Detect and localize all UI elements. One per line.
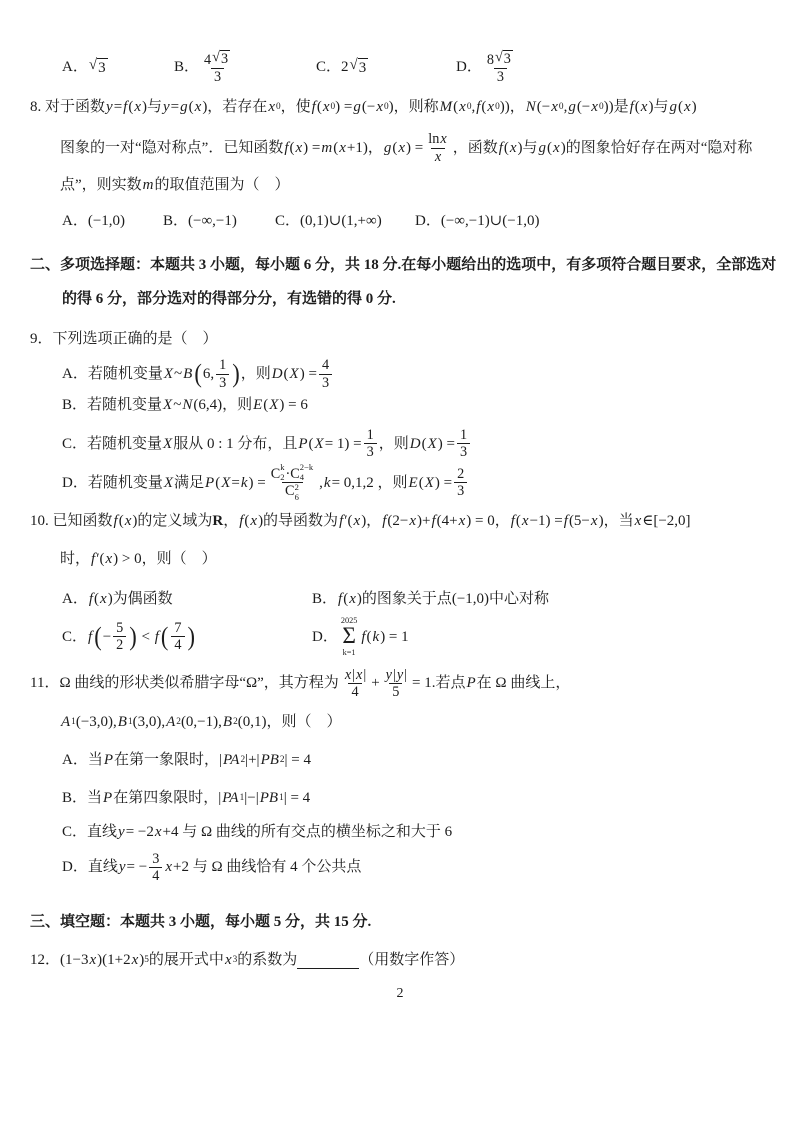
fraction: 23 <box>454 466 467 500</box>
answer-blank <box>297 952 359 970</box>
q7-option-c: C．2√3 <box>316 56 456 79</box>
question-8-line-1: 8. 对于函数y = f(x)与y = g(x)，若存在x0，使f(x0) = … <box>28 95 772 119</box>
sub-sup-stack: 26 <box>295 483 299 503</box>
question-10-options-cd: C．f(−52) < f(74) D．2025Σk=1f(k) = 1 <box>28 617 772 657</box>
fraction: Ck2·C2−k4C26 <box>268 463 317 503</box>
question-10-line-2: 时，f′(x) > 0，则（ ） <box>28 547 772 571</box>
question-10-line-1: 10. 已知函数f(x)的定义域为R，f(x)的导函数为f′(x)，f(2−x)… <box>28 509 772 533</box>
question-8-line-2: 图象的一对“隐对称点”．已知函数f(x) = m(x+1)，g(x) = lnx… <box>28 131 772 165</box>
q10-option-b: B．f(x)的图象关于点(−1,0)中心对称 <box>312 588 549 611</box>
question-11-line-2: A1(−3,0), B1(3,0), A2(0,−1), B2(0,1)，则（ … <box>28 711 772 735</box>
question-8-options-row: A．(−1,0) B．(−∞,−1) C．(0,1)∪(1,+∞) D．(−∞,… <box>28 209 772 233</box>
sub-sup-stack: k2 <box>280 463 284 483</box>
sub-sup-stack: 2−k4 <box>300 463 313 483</box>
question-9-stem: 9．下列选项正确的是（ ） <box>28 327 772 351</box>
q7-option-b: B．4√33 <box>174 50 316 85</box>
question-11-line-1: 11．Ω 曲线的形状类似希腊字母“Ω”，其方程为x|x|4+y|y|5 = 1.… <box>28 667 772 701</box>
q10-option-d: D．2025Σk=1f(k) = 1 <box>312 617 409 657</box>
exam-page: A．√3 B．4√33 C．2√3 D．8√33 8. 对于函数y = f(x)… <box>0 0 800 1132</box>
q8-option-a: A．(−1,0) <box>62 210 163 233</box>
q9-option-a: A．若随机变量X ~ B(6, 13)，则D(X) = 43 <box>28 357 772 391</box>
q11-option-b: B．当P在第四象限时，|PA1|−|PB1| = 4 <box>28 787 772 811</box>
q9-option-b: B．若随机变量X ~ N(6,4)，则E(X) = 6 <box>28 393 772 417</box>
q11-option-d: D．直线y = −34x+2 与 Ω 曲线恰有 4 个公共点 <box>28 851 772 885</box>
sqrt-radical: √3 <box>89 58 108 77</box>
section-2-header-line-2: 的得 6 分，部分选对的得部分分，有选错的得 0 分. <box>28 287 772 311</box>
q9-option-d: D．若随机变量X满足P(X = k) = Ck2·C2−k4C26, k = 0… <box>28 463 772 503</box>
sqrt-radical: √3 <box>495 50 513 68</box>
q11-option-a: A．当P在第一象限时，|PA2|+|PB2| = 4 <box>28 749 772 773</box>
question-8-line-3: 点”，则实数m的取值范围为（ ） <box>28 173 772 197</box>
q8-option-c: C．(0,1)∪(1,+∞) <box>275 210 415 233</box>
section-3-header: 三、填空题：本题共 3 小题，每小题 5 分，共 15 分. <box>28 910 772 934</box>
fraction: y|y|5 <box>382 667 410 701</box>
question-10-options-ab: A．f(x)为偶函数 B．f(x)的图象关于点(−1,0)中心对称 <box>28 587 772 611</box>
sqrt-radical: √3 <box>350 58 369 77</box>
question-12: 12．(1−3x)(1+2x)5的展开式中x3的系数为（用数字作答） <box>28 948 772 972</box>
fraction: 52 <box>113 620 126 654</box>
fraction: 13 <box>216 357 229 391</box>
fraction: x|x|4 <box>341 667 369 701</box>
fraction: 13 <box>364 427 377 461</box>
fraction: lnxx <box>425 131 450 165</box>
fraction: 34 <box>149 851 162 885</box>
q8-option-b: B．(−∞,−1) <box>163 210 275 233</box>
fraction: 8√33 <box>484 50 517 85</box>
question-7-options-row: A．√3 B．4√33 C．2√3 D．8√33 <box>28 50 772 85</box>
q8-option-d: D．(−∞,−1)∪(−1,0) <box>415 210 539 233</box>
q10-option-c: C．f(−52) < f(74) <box>62 620 312 654</box>
fraction: 4√33 <box>201 50 234 85</box>
q7-option-d: D．8√33 <box>456 50 519 85</box>
q9-option-c: C．若随机变量X服从 0 : 1 分布，且P(X = 1) = 13，则D(X)… <box>28 427 772 461</box>
q11-option-c: C．直线y = −2x+4 与 Ω 曲线的所有交点的横坐标之和大于 6 <box>28 821 772 845</box>
summation: 2025Σk=1 <box>341 617 358 657</box>
q7-option-a: A．√3 <box>62 56 174 79</box>
sqrt-radical: √3 <box>212 50 230 68</box>
page-number: 2 <box>28 986 772 1002</box>
q10-option-a: A．f(x)为偶函数 <box>62 588 312 611</box>
section-2-header-line-1: 二、多项选择题：本题共 3 小题，每小题 6 分，共 18 分.在每小题给出的选… <box>28 253 772 277</box>
fraction: 74 <box>171 620 184 654</box>
fraction: 13 <box>457 427 470 461</box>
fraction: 43 <box>319 357 332 391</box>
